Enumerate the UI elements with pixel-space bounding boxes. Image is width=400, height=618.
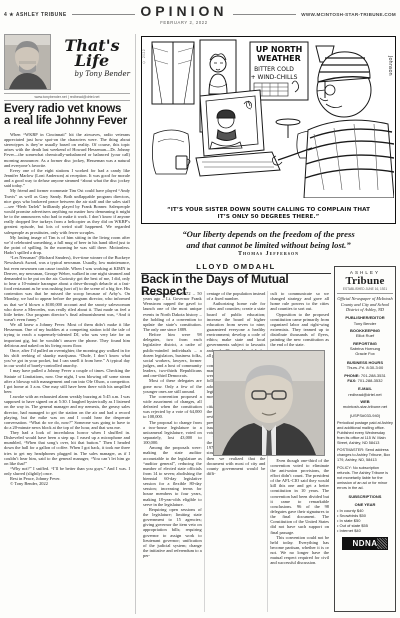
poster-text-line3: BITTER COLD — [254, 66, 294, 73]
issue-date: FEBRUARY 2, 2022 — [140, 20, 227, 25]
omdahl-column-1: In early January of 1972 – 50 years ago … — [141, 291, 204, 612]
paragraph: Every one of the eight stations I worked… — [4, 168, 130, 189]
postage-note: Periodical postage paid at Ashley and ad… — [337, 421, 393, 446]
poster-text-line2: WEATHER — [257, 54, 301, 63]
lloyd-omdahl-photo — [213, 350, 325, 456]
folio-page-label: 4 ★ ASHLEY TRIBUNE — [4, 12, 67, 18]
thats-life-body: When “WKRP in Cincinnati” hit the airwav… — [4, 132, 130, 487]
paragraph: This convention could not be held today.… — [270, 535, 329, 566]
ndna-logo: NDNA — [342, 537, 388, 550]
column-title-line2: Life — [54, 53, 130, 68]
omdahl-article: In early January of 1972 – 50 years ago … — [141, 291, 331, 612]
cartoonist-signature: Johnson — [387, 55, 393, 76]
paragraph: Before him were 98 delegates, two from e… — [143, 332, 202, 378]
editorial-cartoon: © 2022 UP NORTH WEATHER BITTER COLD + WI… — [141, 36, 396, 224]
staff-name: Sabrina Hornung Gracie Fox — [337, 346, 393, 356]
paragraph: Even though one-third of the convention … — [270, 458, 329, 535]
subscriptions-title-2: ONE YEAR — [337, 502, 393, 507]
section-title: OPINION — [140, 4, 227, 18]
thats-life-header: That's Life by Tony Bender — [4, 34, 130, 90]
paragraph: When “WKRP in Cincinnati” hit the airwav… — [4, 132, 130, 168]
lloyd-omdahl-photo-art — [214, 351, 324, 455]
subscription-rate: • Internet $40 — [337, 528, 393, 533]
poster-text-line1: UP NORTH — [256, 45, 303, 54]
paragraph: “Les Nessman” (Richard Sanders), five-ti… — [4, 255, 130, 322]
press-freedom-quote: “Our liberty depends on the freedom of t… — [141, 229, 396, 257]
quote-line2: and that cannot be limited without being… — [141, 240, 396, 251]
fax-line: FAX: 701-288-3532 — [337, 378, 393, 383]
web-address: mcintosh-star-tribune.net — [337, 404, 393, 409]
paragraph: I awoke with an exhausted alarm weakly b… — [4, 394, 130, 430]
business-hours: Thurs.-Fri. 8:30-3:00 — [337, 365, 393, 370]
staff-name: Tony Bender — [337, 321, 393, 326]
masthead-box: ASHLEY Tribune ESTABLISHED JUNE 16, 1921… — [334, 266, 396, 612]
paragraph: Most of these delegates are gone now. On… — [143, 378, 202, 393]
paragraph: They had a look of incredulous horror wh… — [4, 430, 130, 466]
paragraph: Opposition to the proposed constitution … — [270, 312, 329, 348]
paragraph: I may have pulled a Johnny Fever a coupl… — [4, 368, 130, 394]
newspaper-opinion-page: 4 ★ ASHLEY TRIBUNE OPINION FEBRUARY 2, 2… — [0, 0, 400, 618]
section-block: OPINION FEBRUARY 2, 2022 — [140, 4, 227, 25]
masthead-established: ESTABLISHED JUNE 16, 1921 — [337, 287, 393, 294]
fax-label: FAX: — [347, 378, 356, 383]
tony-bender-photo-art — [5, 35, 50, 89]
masthead-name: Tribune — [337, 276, 393, 287]
fax-number: 701-288-3532 — [358, 378, 383, 383]
paragraph: “Why not?” I sniffed. “I’ll be better th… — [4, 466, 130, 476]
thats-life-title-block: That's Life by Tony Bender — [54, 34, 130, 78]
quote-line1: “Our liberty depends on the freedom of t… — [141, 229, 396, 240]
tony-bender-photo — [4, 34, 51, 90]
paragraph: Requiring open sessions of the legislatu… — [143, 507, 202, 558]
paragraph: The convention proposed a wide assortmen… — [143, 394, 202, 420]
header-rule-right — [233, 14, 297, 15]
column-byline: by Tony Bender — [54, 70, 130, 78]
staff-role: PUBLISHER/EDITOR — [337, 315, 393, 320]
cartoon-drawing: UP NORTH WEATHER BITTER COLD + WIND-CHIL… — [148, 38, 394, 198]
paragraph: My friend and former roommate Tim Ost co… — [4, 188, 130, 234]
paragraph: My lasting image of Tim is of him sittin… — [4, 235, 130, 256]
paragraph: In early January of 1972 – 50 years ago … — [143, 291, 202, 332]
staff-name: Elliot Ruef — [337, 333, 393, 338]
subscriptions-title-1: SUBSCRIPTIONS — [337, 494, 393, 499]
poster-text-line4: + WIND-CHILLS — [251, 74, 298, 81]
cartoon-caption: “IT’S YOUR SISTER DOWN SOUTH CALLING TO … — [142, 207, 395, 221]
cartoon-caption-line1: “IT’S YOUR SISTER DOWN SOUTH CALLING TO … — [142, 207, 395, 214]
official-newspaper-note: Official Newspaper of McIntosh County an… — [337, 296, 393, 313]
paragraph: centage of the population instead of a f… — [207, 291, 266, 301]
email-address: redhead@drtel.net — [337, 392, 393, 397]
thats-life-column: That's Life by Tony Bender www.tonybende… — [4, 34, 136, 614]
paragraph: Once, after I’d pulled an overnighter, t… — [4, 348, 130, 369]
usps-number: (USPS#033-940) — [337, 413, 393, 418]
paragraph: The proposal to change from a two-house … — [143, 420, 202, 446]
copyright-line: © Tony Bender, 2022 — [4, 481, 130, 486]
omdahl-column-3: cult to communicate so we changed strate… — [267, 291, 331, 612]
quote-attribution: Thomas Jefferson — [141, 251, 396, 257]
cartoon-credit: © 2022 — [142, 49, 146, 64]
thats-life-headline: Every radio vet knows a real life Johnny… — [4, 104, 130, 128]
cartoon-caption-line2: IT’S ONLY 50 DEGREES THERE.” — [142, 214, 395, 221]
subscription-rates: • In county $40 • Snowbirds $50 • In sta… — [337, 508, 393, 534]
paragraph: Among the proposals were: making the sta… — [143, 445, 202, 507]
website-url: WWW.MCINTOSH-STAR-TRIBUNE.COM — [301, 12, 396, 17]
postmaster-note: POSTMASTER: Send address changes to Ashl… — [337, 448, 393, 463]
author-contact-line: www.tonybender.net | redhead@drtel.net — [4, 93, 130, 101]
header-rule-left — [72, 14, 136, 15]
policy-note: POLICY: No subscription refunds. The Ash… — [337, 466, 393, 491]
paragraph: We all knew a Johnny Fever. Most of them… — [4, 322, 130, 348]
paragraph: cult to communicate so we changed strate… — [270, 291, 329, 312]
page-header: 4 ★ ASHLEY TRIBUNE OPINION FEBRUARY 2, 2… — [4, 4, 396, 25]
